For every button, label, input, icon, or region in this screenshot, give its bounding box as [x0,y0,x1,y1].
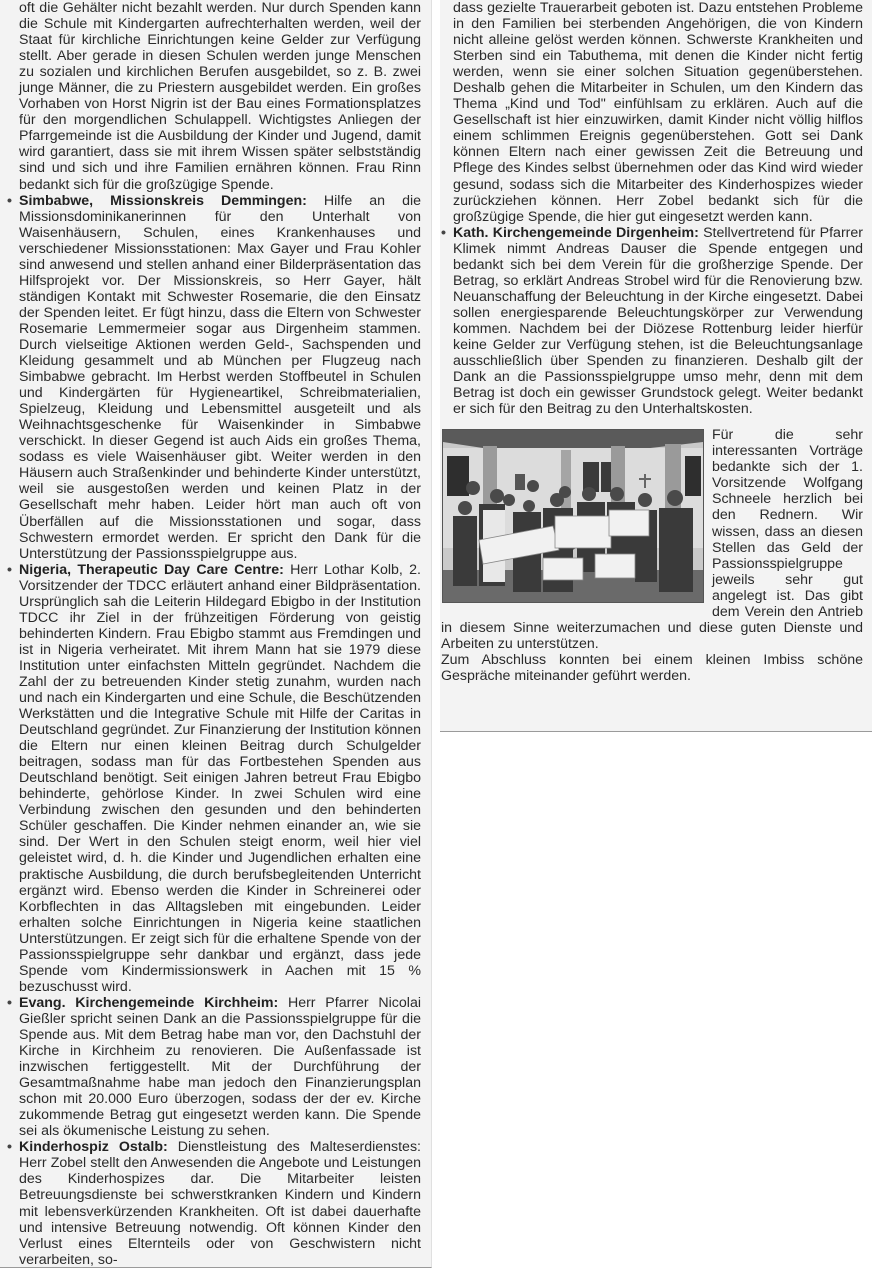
right-column: dass gezielte Trauerarbeit geboten ist. … [440,0,872,732]
intro-paragraph: oft die Gehälter nicht bezahlt werden. N… [19,0,421,193]
left-column: oft die Gehälter nicht bezahlt werden. N… [0,0,432,1268]
item-title: Kath. Kirchengemeinde Dirgenheim: [453,225,699,241]
list-item-dirgenheim: • Kath. Kirchengemeinde Dirgenheim: Stel… [453,225,863,418]
bullet-icon: • [7,562,12,578]
item-text: Dienstleistung des Malteserdienstes: Her… [19,1139,421,1267]
item-title: Kinderhospiz Ostalb: [19,1139,168,1155]
bullet-icon: • [7,1139,12,1155]
bullet-icon: • [441,225,446,241]
continuation-paragraph: dass gezielte Trauerarbeit geboten ist. … [453,0,863,225]
list-item-nigeria: • Nigeria, Therapeutic Day Care Centre: … [19,562,421,995]
item-text: Herr Pfarrer Nicolai Gießler spricht sei… [19,995,421,1139]
bullet-icon: • [7,995,12,1011]
closing-paragraph-imbiss: Zum Abschluss konnten bei einem kleinen … [441,652,863,684]
group-photo-image [443,430,703,602]
group-photo [442,429,704,603]
item-title: Nigeria, Therapeutic Day Care Centre: [19,562,284,578]
item-text: Hilfe an die Missionsdominikanerinnen fü… [19,193,421,562]
item-title: Simbabwe, Missionskreis Demmingen: [19,193,307,209]
list-item-kinderhospiz: • Kinderhospiz Ostalb: Dienstleistung de… [19,1139,421,1267]
list-item-kirchheim: • Evang. Kirchengemeinde Kirchheim: Herr… [19,995,421,1139]
bullet-icon: • [7,193,12,209]
item-text: Stellvertretend für Pfarrer Klimek nimmt… [453,225,863,418]
item-text: Herr Lothar Kolb, 2. Vorsitzender der TD… [19,562,421,995]
list-item-simbabwe: • Simbabwe, Missionskreis Demmingen: Hil… [19,193,421,562]
item-title: Evang. Kirchengemeinde Kirchheim: [19,995,278,1011]
